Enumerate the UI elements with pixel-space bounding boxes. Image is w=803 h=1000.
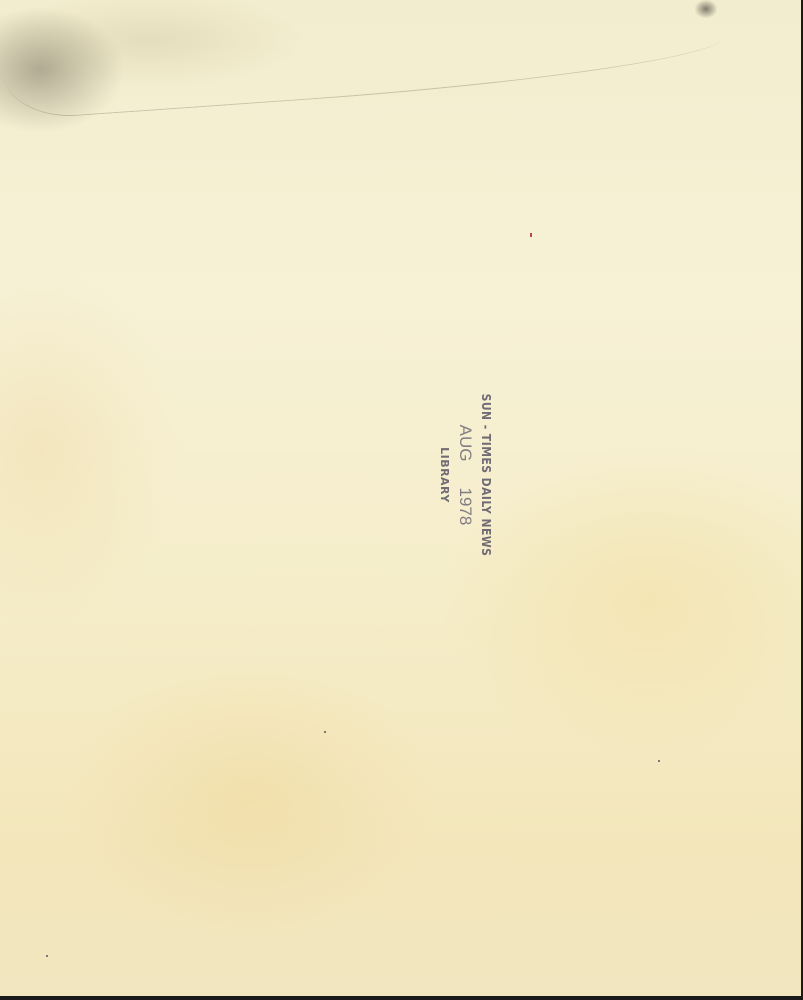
- library-date-stamp: SUN - TIMES DAILY NEWS AUG1978 LIBRARY: [436, 385, 494, 566]
- stamp-month: AUG: [456, 425, 475, 462]
- ink-mark: [530, 233, 532, 237]
- stamp-department: LIBRARY: [436, 385, 452, 566]
- stamp-publisher: SUN - TIMES DAILY NEWS: [478, 394, 494, 557]
- photo-back-paper: SUN - TIMES DAILY NEWS AUG1978 LIBRARY: [0, 0, 801, 996]
- paper-crease: [0, 0, 724, 121]
- stamp-year: 1978: [456, 488, 475, 526]
- corner-stain: [695, 0, 717, 18]
- stamp-date: AUG1978: [452, 385, 478, 566]
- speck: [658, 760, 660, 762]
- speck: [324, 731, 326, 733]
- speck: [46, 955, 48, 957]
